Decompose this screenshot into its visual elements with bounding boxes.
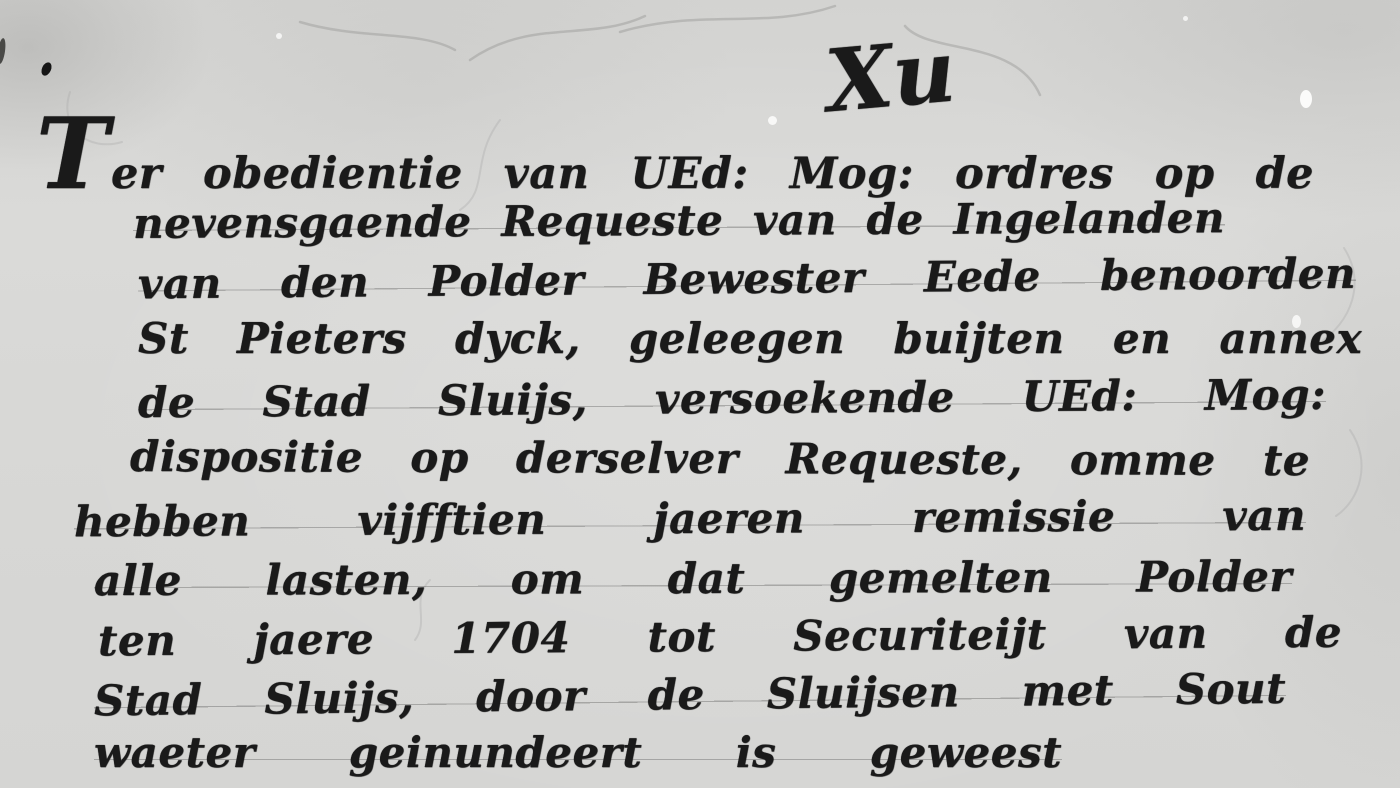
- manuscript-line-5: de Stad Sluijs, versoekende UEd: Mog:: [138, 370, 1326, 429]
- ink-speck: [0, 38, 7, 65]
- manuscript-line-7: hebben vijfftien jaeren remissie van: [74, 491, 1306, 548]
- manuscript-line-9: ten jaere 1704 tot Securiteijt van de: [98, 608, 1342, 667]
- manuscript-line-8: alle lasten, om dat gemelten Polder: [94, 552, 1292, 607]
- ink-speck: [39, 61, 53, 77]
- manuscript-line-11: waeter geinundeert is geweest: [94, 728, 1062, 778]
- paper-spot: [276, 33, 282, 39]
- manuscript-line-6: dispositie op derselver Requeste, omme t…: [130, 432, 1310, 487]
- paper-spot: [1183, 16, 1188, 21]
- manuscript-line-4: St Pieters dyck, geleegen buijten en ann…: [138, 314, 1362, 364]
- manuscript-line-10: Stad Sluijs, door de Sluijsen met Sout: [94, 664, 1286, 727]
- manuscript-page: Xu Ter obedientie van UEd: Mog: ordres o…: [0, 0, 1400, 788]
- manuscript-line-2: nevensgaende Requeste van de Ingelanden: [133, 193, 1225, 249]
- manuscript-line-3: van den Polder Bewester Eede benoorden: [138, 249, 1356, 310]
